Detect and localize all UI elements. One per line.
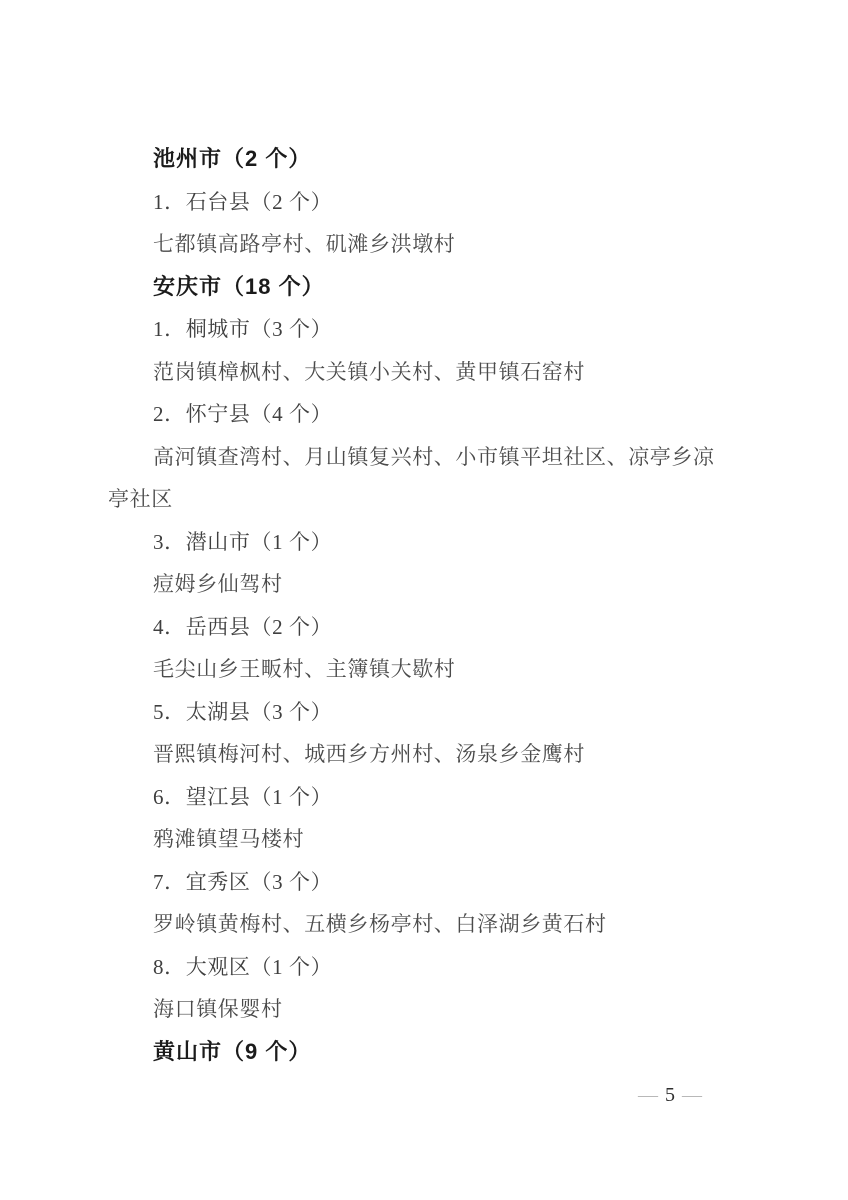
village-list-shitai: 七都镇高路亭村、矶滩乡洪墩村 bbox=[108, 223, 748, 266]
city-heading-chizhou: 池州市（2 个） bbox=[108, 138, 748, 181]
village-list-taihu: 晋熙镇梅河村、城西乡方州村、汤泉乡金鹰村 bbox=[108, 733, 748, 776]
county-item-yuexi: 4．岳西县（2 个） bbox=[108, 606, 748, 649]
village-list-huaining-line1: 高河镇查湾村、月山镇复兴村、小市镇平坦社区、凉亭乡凉 bbox=[108, 436, 748, 479]
county-item-huaining: 2．怀宁县（4 个） bbox=[108, 393, 748, 436]
county-item-qianshan: 3．潜山市（1 个） bbox=[108, 521, 748, 564]
village-list-wangjiang: 鸦滩镇望马楼村 bbox=[108, 818, 748, 861]
county-item-yixiu: 7．宜秀区（3 个） bbox=[108, 861, 748, 904]
page-number: — 5 — bbox=[638, 1082, 702, 1108]
village-list-huaining-line2: 亭社区 bbox=[108, 478, 748, 521]
village-list-qianshan: 痘姆乡仙驾村 bbox=[108, 563, 748, 606]
page-number-dash-left: — bbox=[638, 1084, 658, 1107]
county-item-daguan: 8．大观区（1 个） bbox=[108, 946, 748, 989]
county-item-shitai: 1．石台县（2 个） bbox=[108, 181, 748, 224]
city-heading-huangshan: 黄山市（9 个） bbox=[108, 1031, 748, 1074]
document-page: 池州市（2 个） 1．石台县（2 个） 七都镇高路亭村、矶滩乡洪墩村 安庆市（1… bbox=[0, 0, 848, 1200]
county-item-tongcheng: 1．桐城市（3 个） bbox=[108, 308, 748, 351]
document-body: 池州市（2 个） 1．石台县（2 个） 七都镇高路亭村、矶滩乡洪墩村 安庆市（1… bbox=[108, 138, 748, 1073]
village-list-tongcheng: 范岗镇樟枫村、大关镇小关村、黄甲镇石窑村 bbox=[108, 351, 748, 394]
county-item-wangjiang: 6．望江县（1 个） bbox=[108, 776, 748, 819]
page-number-value: 5 bbox=[665, 1084, 675, 1107]
village-list-yixiu: 罗岭镇黄梅村、五横乡杨亭村、白泽湖乡黄石村 bbox=[108, 903, 748, 946]
county-item-taihu: 5．太湖县（3 个） bbox=[108, 691, 748, 734]
page-number-dash-right: — bbox=[682, 1084, 702, 1107]
village-list-yuexi: 毛尖山乡王畈村、主簿镇大歇村 bbox=[108, 648, 748, 691]
village-list-daguan: 海口镇保婴村 bbox=[108, 988, 748, 1031]
city-heading-anqing: 安庆市（18 个） bbox=[108, 266, 748, 309]
